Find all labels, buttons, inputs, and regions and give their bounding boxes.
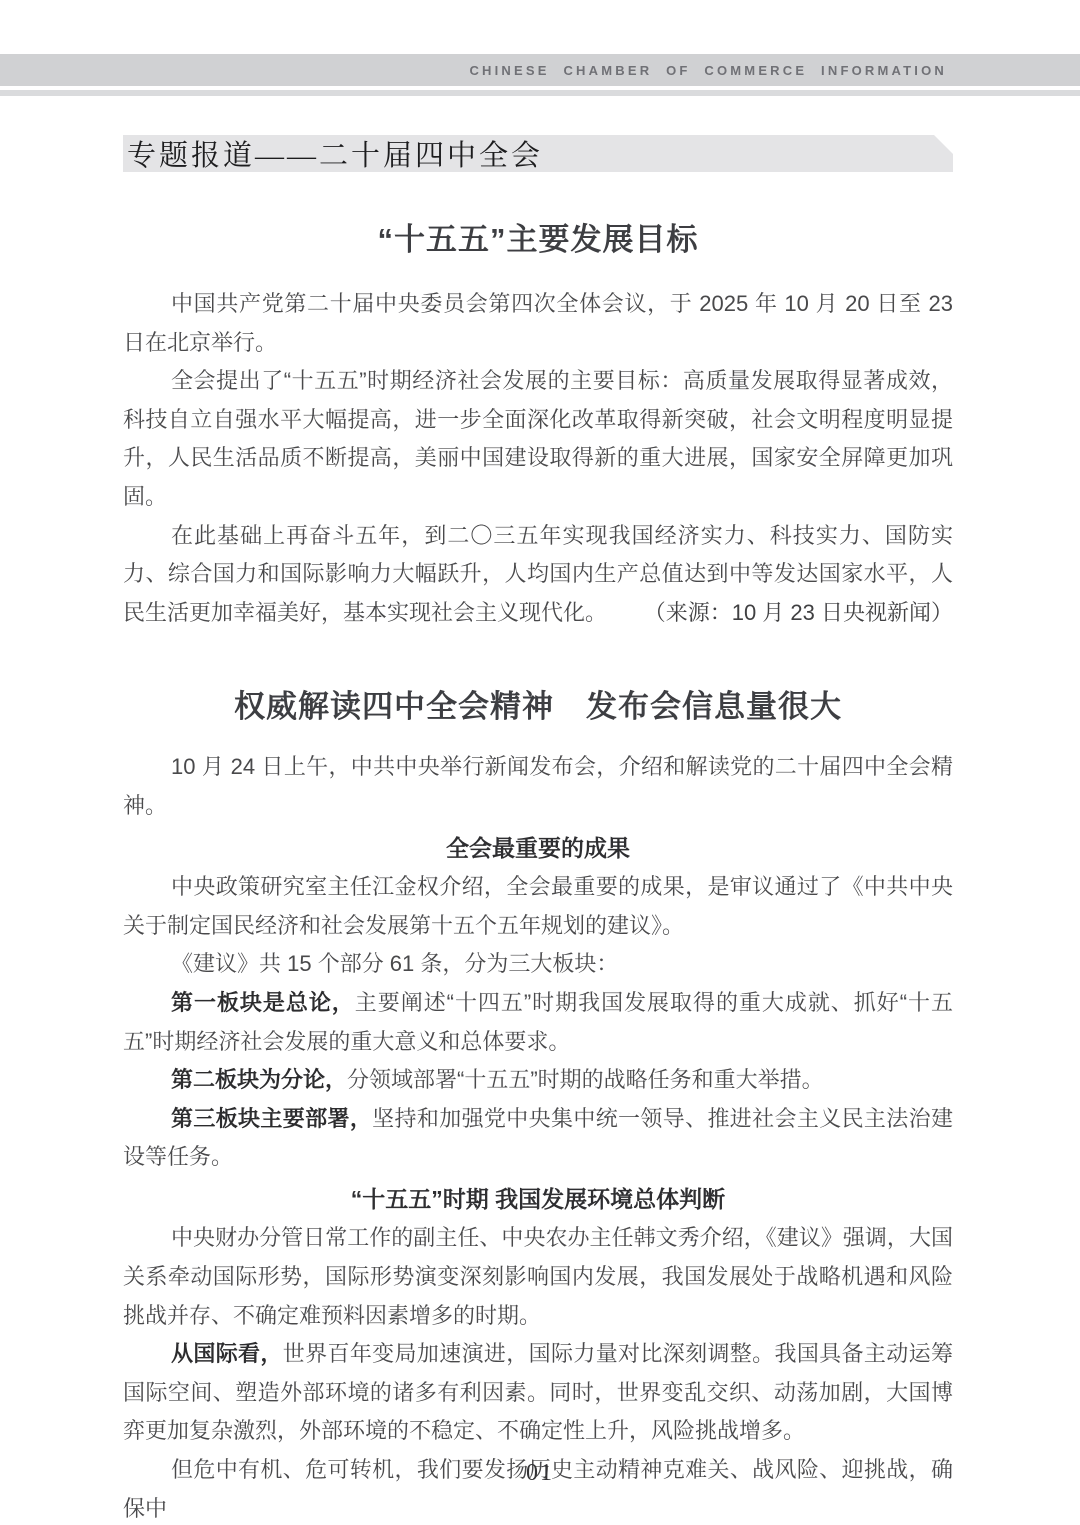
document-page: CHINESE CHAMBER OF COMMERCE INFORMATION … (0, 0, 1080, 1525)
paragraph-lead-bold: 第三板块主要部署， (171, 1106, 372, 1131)
header-divider (0, 90, 1080, 96)
section-title: 专题报道——二十届四中全会 (123, 133, 543, 174)
article1-title: “十五五”主要发展目标 (123, 218, 953, 262)
paragraph: 中央政策研究室主任江金权介绍，全会最重要的成果，是审议通过了《中共中央关于制定国… (123, 868, 953, 945)
paragraph: 在此基础上再奋斗五年，到二〇三五年实现我国经济实力、科技实力、国防实力、综合国力… (123, 517, 953, 633)
page-number: 01 (0, 1460, 1080, 1487)
paragraph-text: 中央政策研究室主任江金权介绍，全会最重要的成果，是审议通过了《中共中央关于制定国… (123, 874, 953, 938)
paragraph-lead-bold: 从国际看， (171, 1341, 283, 1366)
article2-title: 权威解读四中全会精神 发布会信息量很大 (123, 685, 953, 729)
header-band: CHINESE CHAMBER OF COMMERCE INFORMATION (0, 54, 1080, 86)
paragraph: 中国共产党第二十届中央委员会第四次全体会议，于 2025 年 10 月 20 日… (123, 285, 953, 362)
paragraph-lead-bold: 第二板块为分论， (171, 1067, 347, 1092)
paragraph-text: 中央财办分管日常工作的副主任、中央农办主任韩文秀介绍，《建议》强调，大国关系牵动… (123, 1225, 953, 1327)
paragraph: 第二板块为分论，分领域部署“十五五”时期的战略任务和重大举措。 (123, 1061, 953, 1100)
paragraph: 中央财办分管日常工作的副主任、中央农办主任韩文秀介绍，《建议》强调，大国关系牵动… (123, 1219, 953, 1335)
paragraph-text: 《建议》共 15 个部分 61 条，分为三大板块： (171, 951, 618, 976)
paragraph: 全会提出了“十五五”时期经济社会发展的主要目标：高质量发展取得显著成效，科技自立… (123, 362, 953, 516)
masthead-text: CHINESE CHAMBER OF COMMERCE INFORMATION (469, 63, 947, 78)
paragraph: 第一板块是总论，主要阐述“十四五”时期我国发展取得的重大成就、抓好“十五五”时期… (123, 984, 953, 1061)
source-note: （来源：10 月 23 日央视新闻） (644, 594, 953, 633)
subheading: 全会最重要的成果 (123, 829, 953, 868)
paragraph: 从国际看，世界百年变局加速演进，国际力量对比深刻调整。我国具备主动运筹国际空间、… (123, 1335, 953, 1451)
paragraph: 第三板块主要部署，坚持和加强党中央集中统一领导、推进社会主义民主法治建设等任务。 (123, 1100, 953, 1177)
content-column: 专题报道——二十届四中全会 “十五五”主要发展目标 中国共产党第二十届中央委员会… (123, 135, 953, 1525)
paragraph-lead-bold: 第一板块是总论， (171, 990, 355, 1015)
section-title-bar: 专题报道——二十届四中全会 (123, 135, 953, 172)
paragraph: 10 月 24 日上午，中共中央举行新闻发布会，介绍和解读党的二十届四中全会精神… (123, 748, 953, 825)
paragraph-text: 分领域部署“十五五”时期的战略任务和重大举措。 (347, 1067, 824, 1092)
subheading: “十五五”时期 我国发展环境总体判断 (123, 1180, 953, 1219)
paragraph: 《建议》共 15 个部分 61 条，分为三大板块： (123, 945, 953, 984)
